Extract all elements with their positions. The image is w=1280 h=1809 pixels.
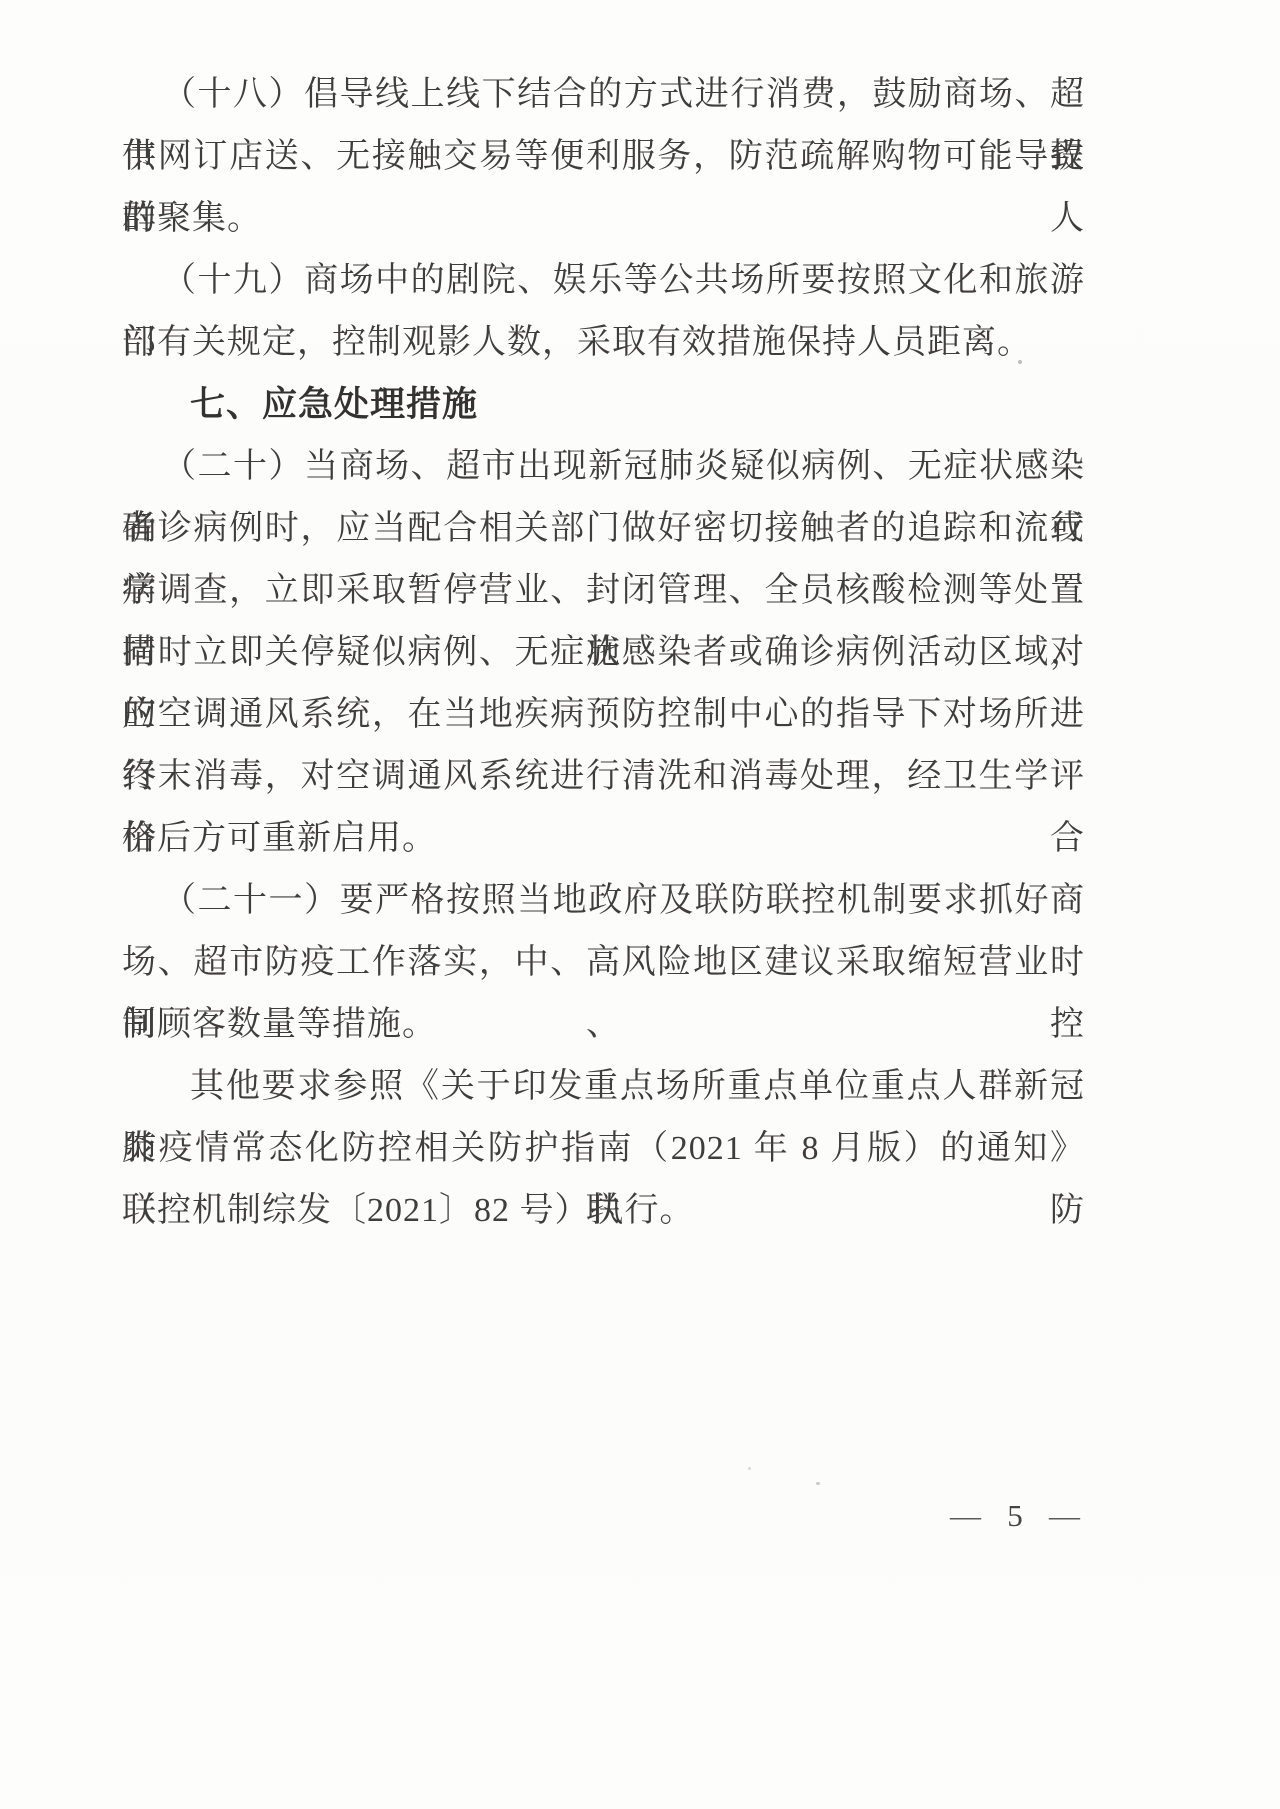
paragraph-line: 同时立即关停疑似病例、无症状感染者或确诊病例活动区域对应 bbox=[122, 622, 1085, 684]
paragraph-line: （二十一）要严格按照当地政府及联防联控机制要求抓好商 bbox=[122, 870, 1085, 932]
footer-dash-right: — bbox=[1049, 1496, 1080, 1536]
scanned-page: （十八）倡导线上线下结合的方式进行消费，鼓励商场、超市提供网订店送、无接触交易等… bbox=[0, 0, 1280, 1809]
paragraph-18: （十八）倡导线上线下结合的方式进行消费，鼓励商场、超市提供网订店送、无接触交易等… bbox=[122, 64, 1085, 250]
paragraph-other-requirements: 其他要求参照《关于印发重点场所重点单位重点人群新冠肺炎疫情常态化防控相关防护指南… bbox=[122, 1056, 1085, 1242]
paragraph-line: 场、超市防疫工作落实，中、高风险地区建议采取缩短营业时间、控 bbox=[122, 932, 1085, 994]
section-heading-7: 七、应急处理措施 bbox=[122, 374, 1085, 436]
paragraph-line: （十九）商场中的剧院、娱乐等公共场所要按照文化和旅游部 bbox=[122, 250, 1085, 312]
paragraph-line: （十八）倡导线上线下结合的方式进行消费，鼓励商场、超市提 bbox=[122, 64, 1085, 126]
paragraph-line: 其他要求参照《关于印发重点场所重点单位重点人群新冠肺 bbox=[122, 1056, 1085, 1118]
paragraph-line: 供网订店送、无接触交易等便利服务，防范疏解购物可能导致的人 bbox=[122, 126, 1085, 188]
paragraph-line: 终末消毒，对空调通风系统进行清洗和消毒处理，经卫生学评价合 bbox=[122, 746, 1085, 808]
paragraph-line: （二十）当商场、超市出现新冠肺炎疑似病例、无症状感染者或 bbox=[122, 436, 1085, 498]
section-heading-text: 七、应急处理措施 bbox=[122, 374, 1085, 436]
paragraph-21: （二十一）要严格按照当地政府及联防联控机制要求抓好商场、超市防疫工作落实，中、高… bbox=[122, 870, 1085, 1056]
scan-speck bbox=[748, 1467, 751, 1470]
paragraph-19: （十九）商场中的剧院、娱乐等公共场所要按照文化和旅游部门有关规定，控制观影人数，… bbox=[122, 250, 1085, 374]
scan-speck bbox=[1018, 360, 1022, 364]
paragraph-line: 门有关规定，控制观影人数，采取有效措施保持人员距离。 bbox=[122, 312, 1085, 374]
page-number: 5 bbox=[1007, 1496, 1023, 1536]
page-footer: — 5 — bbox=[950, 1496, 1080, 1536]
paragraph-line: 学调查，立即采取暂停营业、封闭管理、全员核酸检测等处置措施， bbox=[122, 560, 1085, 622]
scan-speck bbox=[816, 1482, 820, 1485]
footer-dash-left: — bbox=[950, 1496, 981, 1536]
document-body: （十八）倡导线上线下结合的方式进行消费，鼓励商场、超市提供网订店送、无接触交易等… bbox=[122, 64, 1085, 1242]
paragraph-20: （二十）当商场、超市出现新冠肺炎疑似病例、无症状感染者或确诊病例时，应当配合相关… bbox=[122, 436, 1085, 870]
paragraph-line: 确诊病例时，应当配合相关部门做好密切接触者的追踪和流行病 bbox=[122, 498, 1085, 560]
paragraph-line: 炎疫情常态化防控相关防护指南（2021 年 8 月版）的通知》（联防 bbox=[122, 1118, 1085, 1180]
paragraph-line: 的空调通风系统，在当地疾病预防控制中心的指导下对场所进行 bbox=[122, 684, 1085, 746]
